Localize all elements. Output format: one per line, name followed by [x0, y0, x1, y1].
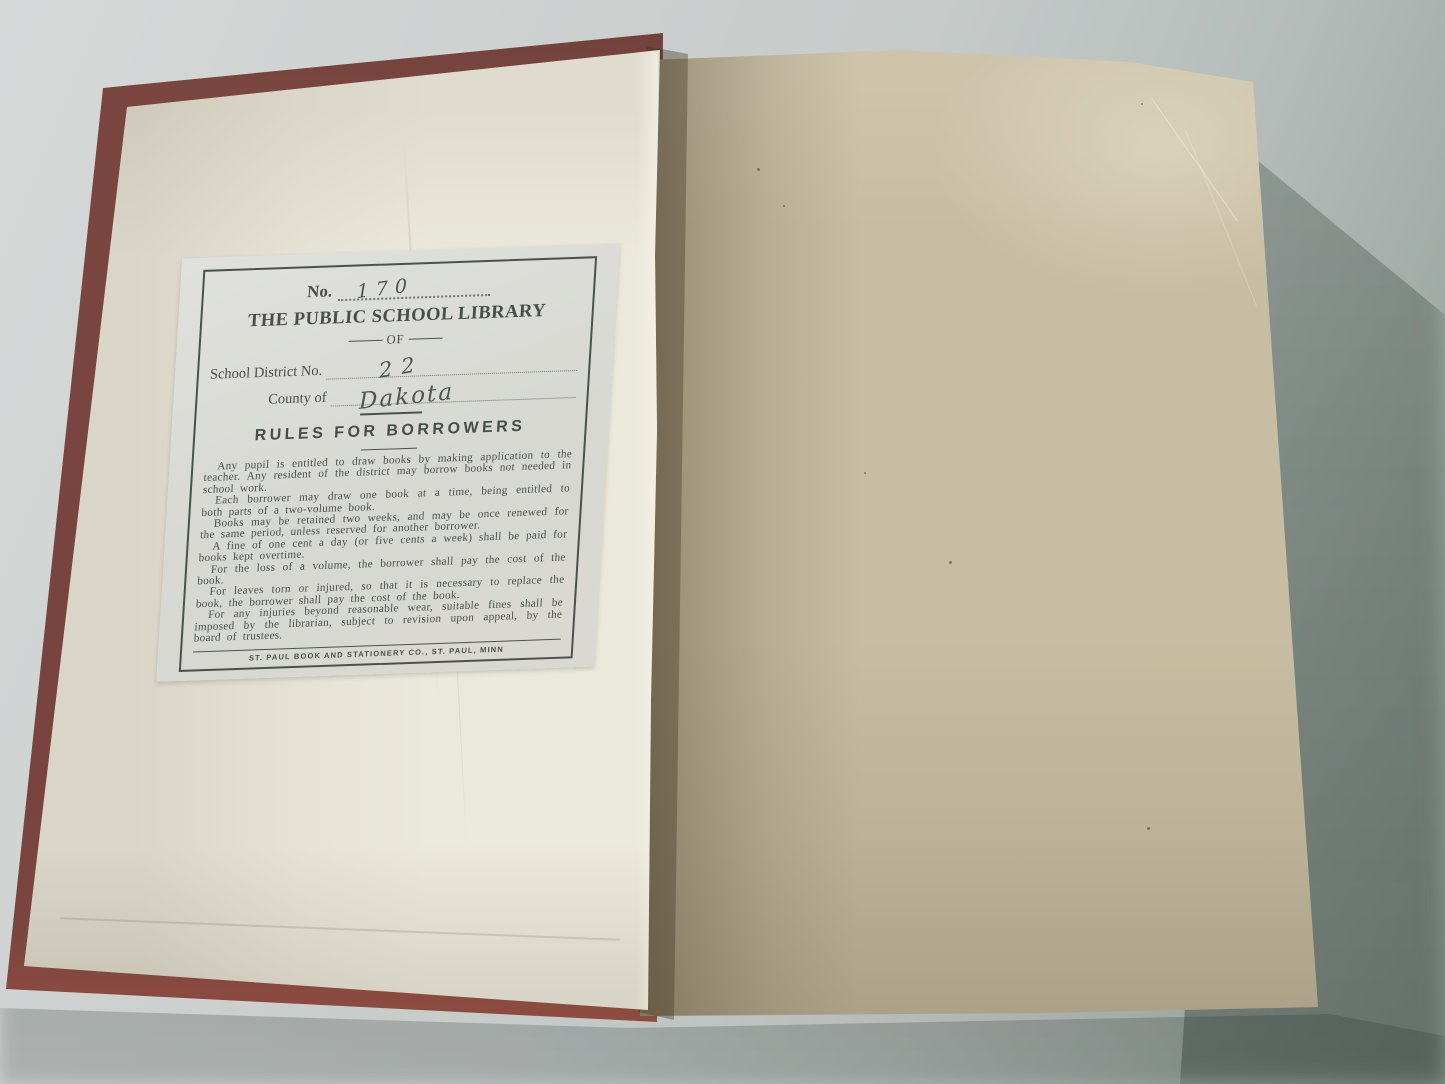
page-crease: [1151, 98, 1238, 221]
of-label: OF: [386, 332, 405, 348]
county-label: County of: [268, 390, 327, 409]
bookplate-frame: No. 170 THE PUBLIC SCHOOL LIBRARY OF Sch…: [179, 256, 597, 671]
library-bookplate: No. 170 THE PUBLIC SCHOOL LIBRARY OF Sch…: [156, 243, 620, 681]
page-crease: [1185, 130, 1257, 307]
no-label: No.: [307, 281, 333, 302]
dash-rule: [409, 338, 443, 340]
foxing-speck: [783, 205, 785, 207]
rules-heading: RULES FOR BORROWERS: [206, 416, 575, 447]
district-label: School District No.: [209, 363, 322, 384]
rules-text: Any pupil is entitled to draw books by m…: [193, 449, 572, 645]
county-fill-line: Dakota: [331, 377, 577, 407]
foxing-speck: [1147, 827, 1150, 830]
district-fill-line: 22: [327, 350, 579, 380]
foxing-speck: [1141, 103, 1143, 105]
county-row: County of Dakota: [208, 377, 577, 411]
no-fill-line: 170: [338, 270, 492, 301]
foxing-speck: [949, 561, 952, 564]
turn-in-impression: [60, 917, 620, 940]
divider-rule: [361, 447, 417, 450]
accession-number-row: No. 170: [214, 267, 583, 306]
foxing-speck: [864, 472, 866, 474]
foxing-speck: [757, 168, 760, 171]
book-photograph: No. 170 THE PUBLIC SCHOOL LIBRARY OF Sch…: [0, 0, 1445, 1084]
county-name-handwritten: Dakota: [359, 379, 454, 415]
accession-number-handwritten: 170: [356, 274, 414, 303]
dash-rule: [349, 340, 383, 342]
district-number-handwritten: 22: [378, 351, 425, 383]
